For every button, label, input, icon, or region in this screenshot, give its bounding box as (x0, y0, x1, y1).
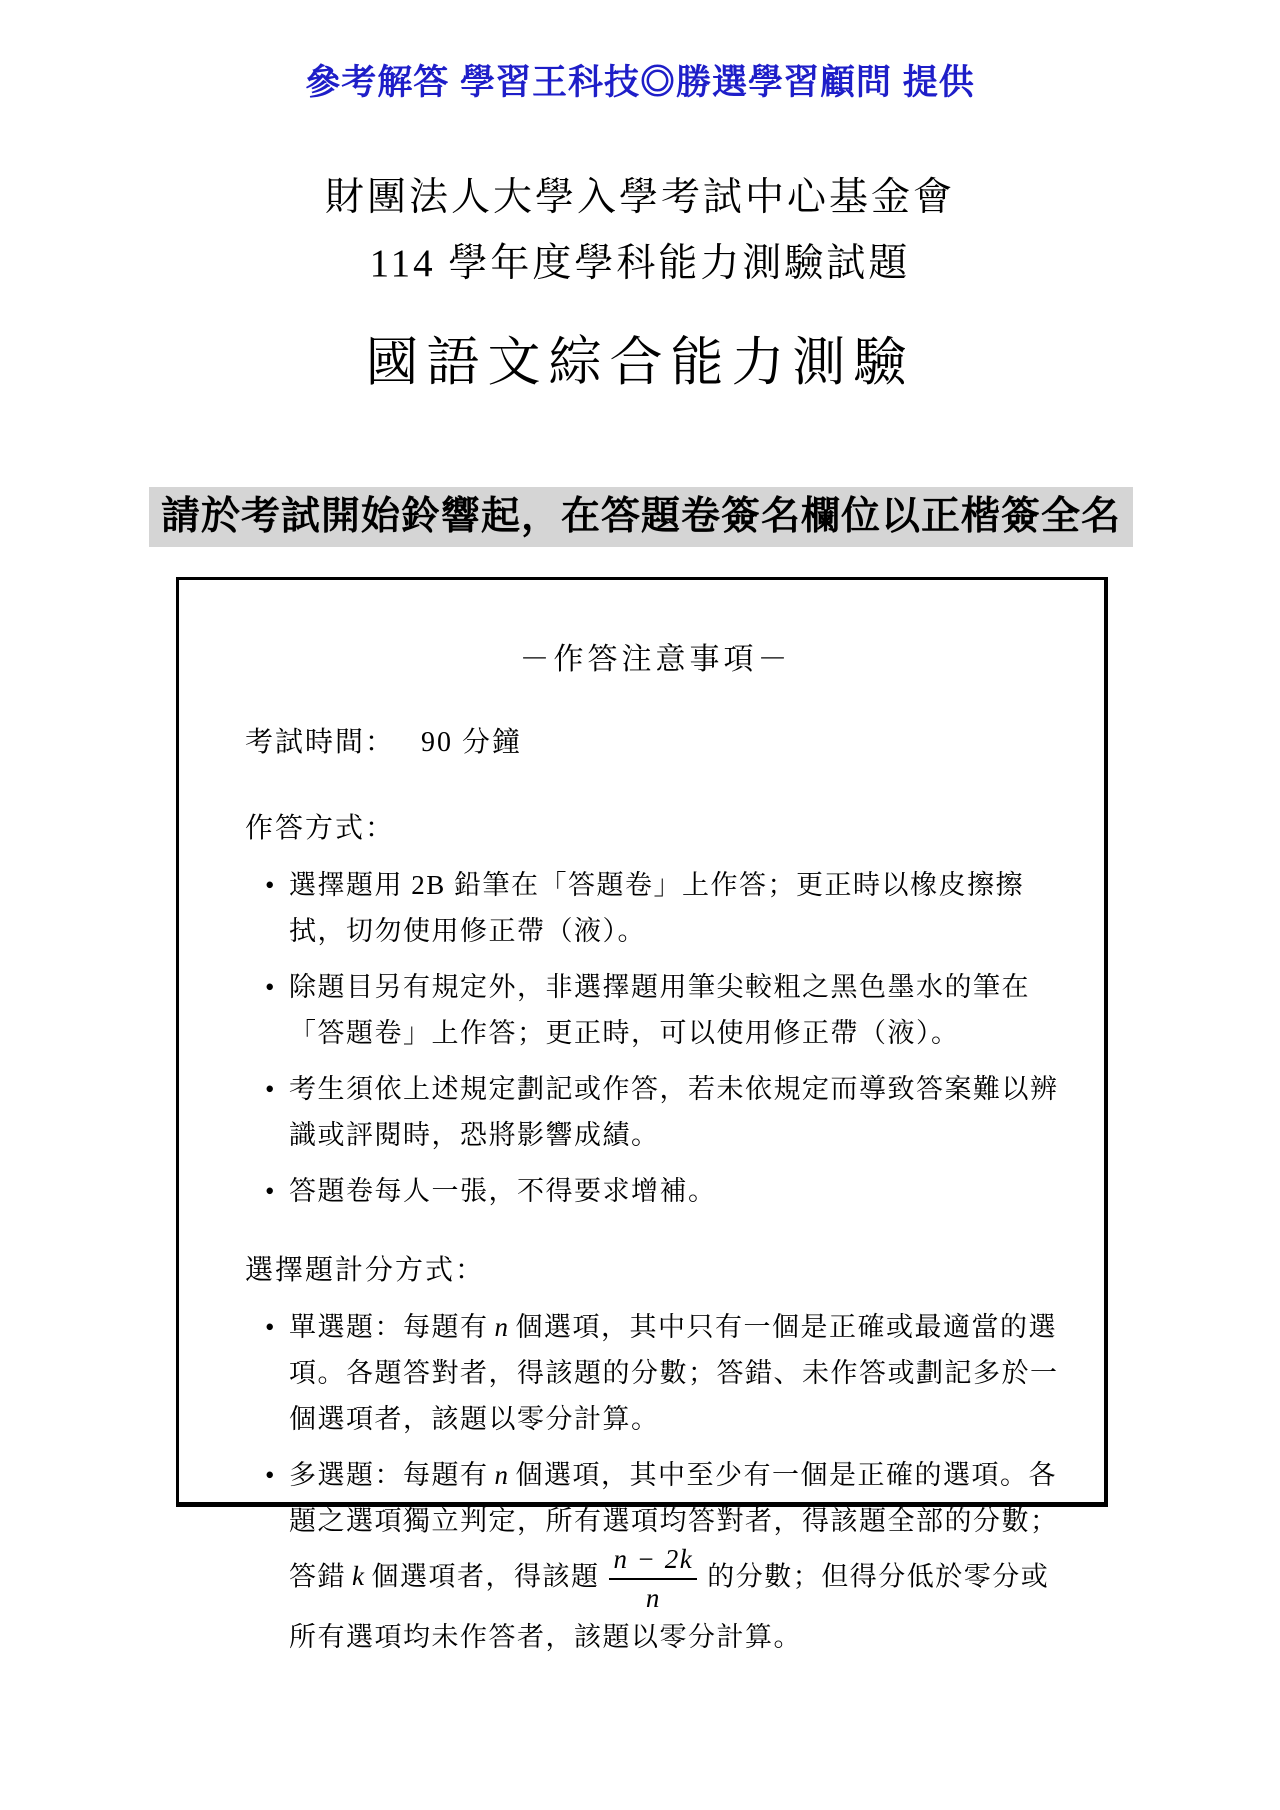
variable-n: n (495, 1460, 510, 1490)
exam-time-label: 考試時間： (245, 727, 395, 758)
single-choice-text-seg1: 單選題：每題有 (289, 1312, 489, 1342)
notice-box: －作答注意事項－ 考試時間：90 分鐘 作答方式： 選擇題用 2B 鉛筆在「答題… (176, 577, 1108, 1507)
provider-header: 參考解答 學習王科技◎勝選學習顧問 提供 (0, 55, 1280, 105)
answer-method-list: 選擇題用 2B 鉛筆在「答題卷」上作答；更正時以橡皮擦擦拭，切勿使用修正帶（液）… (245, 862, 1066, 1214)
fraction-numerator: n − 2k (609, 1544, 697, 1580)
multi-choice-rule-item: 多選題：每題有n個選項，其中至少有一個是正確的選項。各題之選項獨立判定，所有選項… (245, 1452, 1066, 1660)
single-choice-rule-item: 單選題：每題有n個選項，其中只有一個是正確或最適當的選項。各題答對者，得該題的分… (245, 1304, 1066, 1442)
exam-time-row: 考試時間：90 分鐘 (245, 720, 1066, 760)
list-item: 考生須依上述規定劃記或作答，若未依規定而導致答案難以辨識或評閱時，恐將影響成績。 (245, 1066, 1066, 1158)
notice-box-title: －作答注意事項－ (245, 634, 1066, 678)
exam-year-title: 114 學年度學科能力測驗試題 (0, 232, 1280, 288)
list-item: 除題目另有規定外，非選擇題用筆尖較粗之黑色墨水的筆在「答題卷」上作答；更正時，可… (245, 964, 1066, 1056)
list-item: 答題卷每人一張，不得要求增補。 (245, 1168, 1066, 1214)
signature-instruction-banner: 請於考試開始鈴響起，在答題卷簽名欄位以正楷簽全名 (149, 487, 1133, 547)
score-fraction: n − 2kn (609, 1544, 697, 1614)
answer-method-heading: 作答方式： (245, 806, 1066, 846)
multi-choice-text-seg1: 多選題：每題有 (289, 1460, 489, 1490)
multi-choice-text-seg3: 個選項者，得該題 (371, 1561, 599, 1591)
organization-title: 財團法人大學入學考試中心基金會 (0, 166, 1280, 222)
scoring-list: 單選題：每題有n個選項，其中只有一個是正確或最適當的選項。各題答對者，得該題的分… (245, 1304, 1066, 1660)
subject-title: 國語文綜合能力測驗 (0, 320, 1280, 396)
variable-n: n (495, 1312, 510, 1342)
exam-time-value: 90 分鐘 (421, 727, 522, 758)
variable-k: k (352, 1561, 365, 1591)
fraction-denominator: n (609, 1580, 697, 1614)
scoring-heading: 選擇題計分方式： (245, 1248, 1066, 1288)
list-item: 選擇題用 2B 鉛筆在「答題卷」上作答；更正時以橡皮擦擦拭，切勿使用修正帶（液）… (245, 862, 1066, 954)
